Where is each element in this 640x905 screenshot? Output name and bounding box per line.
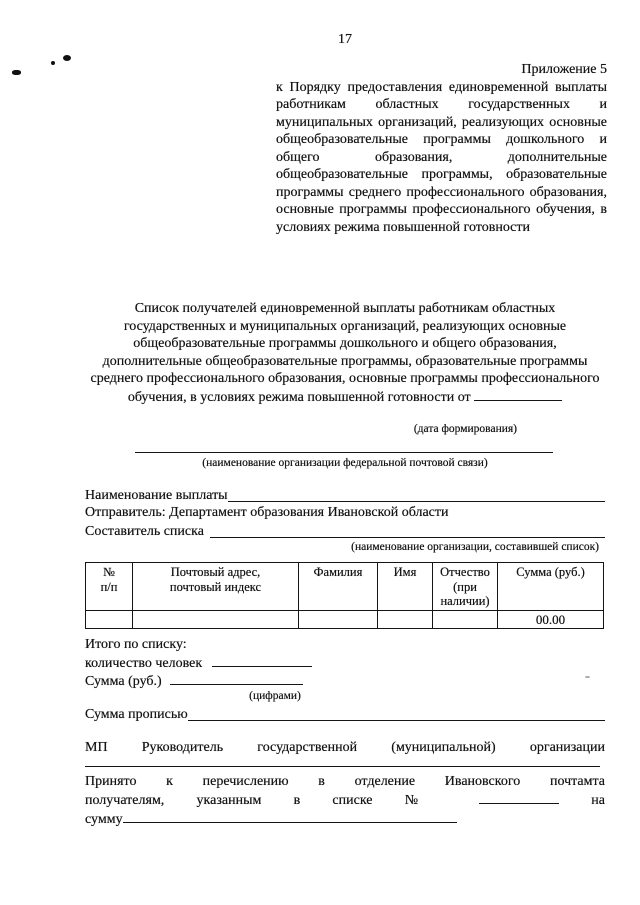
acceptance-block: Принято к перечислению в отделение Ивано…: [85, 772, 605, 829]
amount-label: Сумма (руб.): [85, 674, 162, 689]
totals-heading: Итого по списку:: [85, 636, 605, 654]
acceptance-line2: получателям, указанным в списке № на: [85, 791, 605, 810]
list-title: Список получателей единовременной выплат…: [85, 300, 605, 406]
col-firstname: Имя: [378, 563, 433, 611]
amount-words-blank: [188, 719, 605, 721]
list-number-blank: [479, 791, 559, 804]
col-surname: Фамилия: [299, 563, 378, 611]
formation-date-caption: (дата формирования): [85, 423, 605, 436]
fields-block: Наименование выплаты Отправитель: Департ…: [85, 486, 605, 540]
scan-speck: [63, 55, 71, 61]
digits-caption: (цифрами): [200, 690, 350, 705]
totals-block: Итого по списку: количество человек Сумм…: [85, 636, 605, 723]
appendix-label: Приложение 5: [276, 61, 607, 79]
acceptance-line3: сумму: [85, 810, 605, 829]
table-row: 00.00: [86, 610, 604, 628]
cell-number: [86, 610, 133, 628]
compiler-label: Составитель списка: [85, 523, 204, 541]
compiler-caption: (наименование организации, составившей с…: [85, 541, 605, 554]
acceptance-line2-text: получателям, указанным в списке №: [85, 793, 447, 808]
amount-words-label: Сумма прописью: [85, 706, 188, 724]
compiler-row: Составитель списка: [85, 522, 605, 540]
payment-name-row: Наименование выплаты: [85, 486, 605, 504]
acceptance-line1: Принято к перечислению в отделение Ивано…: [85, 772, 605, 791]
acceptance-line3-text: сумму: [85, 812, 123, 827]
sender-row: Отправитель: Департамент образования Ива…: [85, 504, 605, 522]
col-patronymic: Отчество (при наличии): [433, 563, 498, 611]
table-header-row: № п/п Почтовый адрес, почтовый индекс Фа…: [86, 563, 604, 611]
col-postal-address: Почтовый адрес, почтовый индекс: [133, 563, 299, 611]
recipients-table: № п/п Почтовый адрес, почтовый индекс Фа…: [85, 562, 604, 629]
cell-surname: [299, 610, 378, 628]
compiler-blank: [210, 536, 605, 538]
people-count-label: количество человек: [85, 656, 202, 671]
col-number: № п/п: [86, 563, 133, 611]
people-count-row: количество человек: [85, 654, 605, 672]
appendix-body: к Порядку предоставления единовременной …: [276, 79, 607, 237]
postal-org-caption: (наименование организации федеральной по…: [85, 457, 605, 470]
amount-digits-row: Сумма (руб.): [85, 672, 605, 690]
payment-name-blank: [228, 500, 605, 502]
cell-amount: 00.00: [498, 610, 604, 628]
acceptance-line2-end: на: [591, 793, 605, 808]
payment-name-label: Наименование выплаты: [85, 487, 228, 505]
people-count-blank: [212, 654, 312, 667]
appendix-block: Приложение 5 к Порядку предоставления ед…: [276, 61, 607, 236]
document-page: 17 Приложение 5 к Порядку предоставления…: [0, 0, 640, 905]
signature-blank: [85, 766, 600, 767]
cell-patronymic: [433, 610, 498, 628]
amount-digits-blank: [170, 672, 303, 685]
cell-firstname: [378, 610, 433, 628]
scan-speck: [51, 61, 55, 65]
cell-postal-address: [133, 610, 299, 628]
mp-signature-line: МП Руководитель государственной (муницип…: [85, 739, 605, 757]
postal-org-blank: [135, 452, 553, 453]
page-number: 17: [85, 31, 605, 49]
formation-date-blank: [474, 388, 562, 401]
sum-blank: [123, 810, 457, 823]
scan-speck: [12, 70, 21, 75]
col-amount: Сумма (руб.): [498, 563, 604, 611]
amount-words-row: Сумма прописью: [85, 705, 605, 723]
